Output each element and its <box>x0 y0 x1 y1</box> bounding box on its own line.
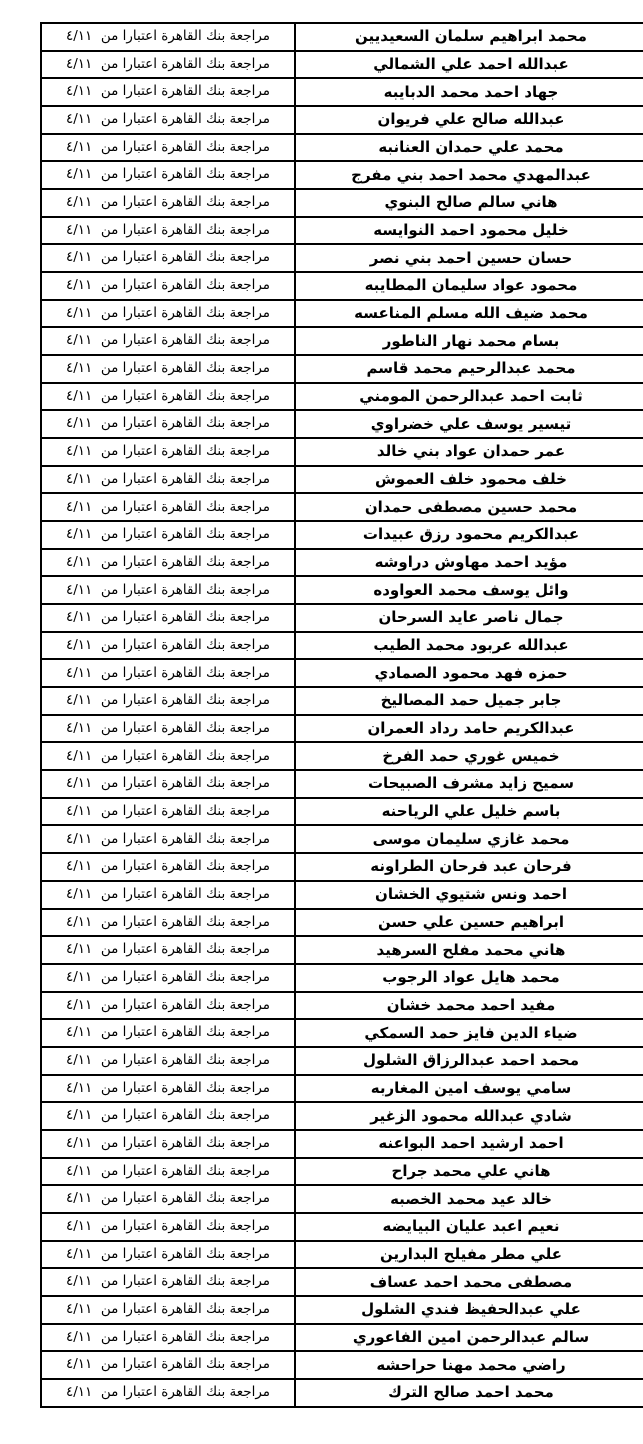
table-row: علي مطر مفيلح البدارينمراجعة بنك القاهرة… <box>41 1241 643 1269</box>
review-note-cell: مراجعة بنك القاهرة اعتبارا من ٤/١١ <box>41 1158 295 1186</box>
table-row: وائل يوسف محمد العواودهمراجعة بنك القاهر… <box>41 576 643 604</box>
review-note-cell: مراجعة بنك القاهرة اعتبارا من ٤/١١ <box>41 715 295 743</box>
review-note-cell: مراجعة بنك القاهرة اعتبارا من ٤/١١ <box>41 604 295 632</box>
table-row: محمد غازي سليمان موسىمراجعة بنك القاهرة … <box>41 825 643 853</box>
table-row: ابراهيم حسين علي حسنمراجعة بنك القاهرة ا… <box>41 909 643 937</box>
table-row: جمال ناصر عايد السرحانمراجعة بنك القاهرة… <box>41 604 643 632</box>
table-row: شادي عبدالله محمود الزغيرمراجعة بنك القا… <box>41 1102 643 1130</box>
table-row: احمد ارشيد احمد البواعنهمراجعة بنك القاه… <box>41 1130 643 1158</box>
person-name-cell: عمر حمدان عواد بني خالد <box>295 438 643 466</box>
person-name-cell: محمود عواد سليمان المطايبه <box>295 272 643 300</box>
person-name-cell: محمد احمد صالح الترك <box>295 1379 643 1407</box>
table-row: راضي محمد مهنا حراحشهمراجعة بنك القاهرة … <box>41 1351 643 1379</box>
person-name-cell: حسان حسين احمد بني نصر <box>295 244 643 272</box>
person-name-cell: محمد هايل عواد الرجوب <box>295 964 643 992</box>
person-name-cell: جمال ناصر عايد السرحان <box>295 604 643 632</box>
review-note-cell: مراجعة بنك القاهرة اعتبارا من ٤/١١ <box>41 632 295 660</box>
review-note-cell: مراجعة بنك القاهرة اعتبارا من ٤/١١ <box>41 1324 295 1352</box>
review-note-cell: مراجعة بنك القاهرة اعتبارا من ٤/١١ <box>41 770 295 798</box>
person-name-cell: عبدالكريم حامد رداد العمران <box>295 715 643 743</box>
person-name-cell: احمد ونس شتيوي الخشان <box>295 881 643 909</box>
table-row: جهاد احمد محمد الدبايبهمراجعة بنك القاهر… <box>41 78 643 106</box>
table-row: محمد هايل عواد الرجوبمراجعة بنك القاهرة … <box>41 964 643 992</box>
table-row: عبدالمهدي محمد احمد بني مفرجمراجعة بنك ا… <box>41 161 643 189</box>
table-row: علي عبدالحفيظ فندي الشلولمراجعة بنك القا… <box>41 1296 643 1324</box>
review-note-cell: مراجعة بنك القاهرة اعتبارا من ٤/١١ <box>41 798 295 826</box>
review-note-cell: مراجعة بنك القاهرة اعتبارا من ٤/١١ <box>41 1019 295 1047</box>
table-row: ثابت احمد عبدالرحمن المومنيمراجعة بنك ال… <box>41 383 643 411</box>
table-row: محمد احمد عبدالرزاق الشلولمراجعة بنك الق… <box>41 1047 643 1075</box>
table-row: هاني علي محمد جراحمراجعة بنك القاهرة اعت… <box>41 1158 643 1186</box>
person-name-cell: علي مطر مفيلح البدارين <box>295 1241 643 1269</box>
table-row: سامي يوسف امين المغاربهمراجعة بنك القاهر… <box>41 1075 643 1103</box>
review-note-cell: مراجعة بنك القاهرة اعتبارا من ٤/١١ <box>41 493 295 521</box>
review-note-cell: مراجعة بنك القاهرة اعتبارا من ٤/١١ <box>41 383 295 411</box>
person-name-cell: عبدالمهدي محمد احمد بني مفرج <box>295 161 643 189</box>
review-note-cell: مراجعة بنك القاهرة اعتبارا من ٤/١١ <box>41 909 295 937</box>
review-note-cell: مراجعة بنك القاهرة اعتبارا من ٤/١١ <box>41 134 295 162</box>
review-note-cell: مراجعة بنك القاهرة اعتبارا من ٤/١١ <box>41 410 295 438</box>
table-row: خالد عيد محمد الخصبهمراجعة بنك القاهرة ا… <box>41 1185 643 1213</box>
review-note-cell: مراجعة بنك القاهرة اعتبارا من ٤/١١ <box>41 106 295 134</box>
roster-table-body: محمد ابراهيم سلمان السعيديينمراجعة بنك ا… <box>41 23 643 1407</box>
review-note-cell: مراجعة بنك القاهرة اعتبارا من ٤/١١ <box>41 1075 295 1103</box>
table-row: عبدالله صالح علي فريوانمراجعة بنك القاهر… <box>41 106 643 134</box>
person-name-cell: راضي محمد مهنا حراحشه <box>295 1351 643 1379</box>
table-row: عمر حمدان عواد بني خالدمراجعة بنك القاهر… <box>41 438 643 466</box>
table-row: خليل محمود احمد النوايسهمراجعة بنك القاه… <box>41 217 643 245</box>
review-note-cell: مراجعة بنك القاهرة اعتبارا من ٤/١١ <box>41 742 295 770</box>
person-name-cell: محمد علي حمدان العنانبه <box>295 134 643 162</box>
table-row: بسام محمد نهار الناطورمراجعة بنك القاهرة… <box>41 327 643 355</box>
person-name-cell: شادي عبدالله محمود الزغير <box>295 1102 643 1130</box>
review-note-cell: مراجعة بنك القاهرة اعتبارا من ٤/١١ <box>41 1241 295 1269</box>
person-name-cell: بسام محمد نهار الناطور <box>295 327 643 355</box>
table-row: هاني محمد مفلح السرهيدمراجعة بنك القاهرة… <box>41 936 643 964</box>
person-name-cell: وائل يوسف محمد العواوده <box>295 576 643 604</box>
person-name-cell: فرحان عبد فرحان الطراونه <box>295 853 643 881</box>
table-row: نعيم اعبد عليان البيايضهمراجعة بنك القاه… <box>41 1213 643 1241</box>
review-note-cell: مراجعة بنك القاهرة اعتبارا من ٤/١١ <box>41 438 295 466</box>
table-row: فرحان عبد فرحان الطراونهمراجعة بنك القاه… <box>41 853 643 881</box>
person-name-cell: هاني سالم صالح البنوي <box>295 189 643 217</box>
person-name-cell: خلف محمود خلف العموش <box>295 466 643 494</box>
table-row: حسان حسين احمد بني نصرمراجعة بنك القاهرة… <box>41 244 643 272</box>
table-row: حمزه فهد محمود الصماديمراجعة بنك القاهرة… <box>41 659 643 687</box>
review-note-cell: مراجعة بنك القاهرة اعتبارا من ٤/١١ <box>41 1351 295 1379</box>
person-name-cell: محمد احمد عبدالرزاق الشلول <box>295 1047 643 1075</box>
review-note-cell: مراجعة بنك القاهرة اعتبارا من ٤/١١ <box>41 576 295 604</box>
table-row: خلف محمود خلف العموشمراجعة بنك القاهرة ا… <box>41 466 643 494</box>
table-row: احمد ونس شتيوي الخشانمراجعة بنك القاهرة … <box>41 881 643 909</box>
review-note-cell: مراجعة بنك القاهرة اعتبارا من ٤/١١ <box>41 78 295 106</box>
table-row: محمد حسين مصطفى حمدانمراجعة بنك القاهرة … <box>41 493 643 521</box>
person-name-cell: عبدالله صالح علي فريوان <box>295 106 643 134</box>
person-name-cell: مؤيد احمد مهاوش دراوشه <box>295 549 643 577</box>
person-name-cell: محمد عبدالرحيم محمد قاسم <box>295 355 643 383</box>
review-note-cell: مراجعة بنك القاهرة اعتبارا من ٤/١١ <box>41 1130 295 1158</box>
review-note-cell: مراجعة بنك القاهرة اعتبارا من ٤/١١ <box>41 659 295 687</box>
table-row: عبدالكريم محمود رزق عبيداتمراجعة بنك الق… <box>41 521 643 549</box>
table-row: عبدالكريم حامد رداد العمرانمراجعة بنك ال… <box>41 715 643 743</box>
table-row: محمود عواد سليمان المطايبهمراجعة بنك الق… <box>41 272 643 300</box>
table-row: خميس غوري حمد الفرخمراجعة بنك القاهرة اع… <box>41 742 643 770</box>
review-note-cell: مراجعة بنك القاهرة اعتبارا من ٤/١١ <box>41 244 295 272</box>
review-note-cell: مراجعة بنك القاهرة اعتبارا من ٤/١١ <box>41 964 295 992</box>
table-row: هاني سالم صالح البنويمراجعة بنك القاهرة … <box>41 189 643 217</box>
table-row: محمد عبدالرحيم محمد قاسممراجعة بنك القاه… <box>41 355 643 383</box>
review-note-cell: مراجعة بنك القاهرة اعتبارا من ٤/١١ <box>41 1268 295 1296</box>
review-note-cell: مراجعة بنك القاهرة اعتبارا من ٤/١١ <box>41 161 295 189</box>
table-row: محمد ضيف الله مسلم المناعسهمراجعة بنك ال… <box>41 300 643 328</box>
review-note-cell: مراجعة بنك القاهرة اعتبارا من ٤/١١ <box>41 1047 295 1075</box>
person-name-cell: تيسير يوسف علي خضراوي <box>295 410 643 438</box>
review-note-cell: مراجعة بنك القاهرة اعتبارا من ٤/١١ <box>41 327 295 355</box>
person-name-cell: مصطفى محمد احمد عساف <box>295 1268 643 1296</box>
review-note-cell: مراجعة بنك القاهرة اعتبارا من ٤/١١ <box>41 1379 295 1407</box>
review-note-cell: مراجعة بنك القاهرة اعتبارا من ٤/١١ <box>41 466 295 494</box>
review-note-cell: مراجعة بنك القاهرة اعتبارا من ٤/١١ <box>41 1185 295 1213</box>
review-note-cell: مراجعة بنك القاهرة اعتبارا من ٤/١١ <box>41 881 295 909</box>
person-name-cell: خليل محمود احمد النوايسه <box>295 217 643 245</box>
person-name-cell: سامي يوسف امين المغاربه <box>295 1075 643 1103</box>
person-name-cell: محمد غازي سليمان موسى <box>295 825 643 853</box>
table-row: سالم عبدالرحمن امين الفاعوريمراجعة بنك ا… <box>41 1324 643 1352</box>
person-name-cell: خالد عيد محمد الخصبه <box>295 1185 643 1213</box>
roster-table: محمد ابراهيم سلمان السعيديينمراجعة بنك ا… <box>40 22 643 1408</box>
review-note-cell: مراجعة بنك القاهرة اعتبارا من ٤/١١ <box>41 1296 295 1324</box>
review-note-cell: مراجعة بنك القاهرة اعتبارا من ٤/١١ <box>41 189 295 217</box>
review-note-cell: مراجعة بنك القاهرة اعتبارا من ٤/١١ <box>41 853 295 881</box>
person-name-cell: عبدالله احمد علي الشمالي <box>295 51 643 79</box>
person-name-cell: حمزه فهد محمود الصمادي <box>295 659 643 687</box>
review-note-cell: مراجعة بنك القاهرة اعتبارا من ٤/١١ <box>41 936 295 964</box>
review-note-cell: مراجعة بنك القاهرة اعتبارا من ٤/١١ <box>41 217 295 245</box>
table-row: مصطفى محمد احمد عسافمراجعة بنك القاهرة ا… <box>41 1268 643 1296</box>
review-note-cell: مراجعة بنك القاهرة اعتبارا من ٤/١١ <box>41 355 295 383</box>
person-name-cell: باسم خليل علي الرياحنه <box>295 798 643 826</box>
review-note-cell: مراجعة بنك القاهرة اعتبارا من ٤/١١ <box>41 992 295 1020</box>
review-note-cell: مراجعة بنك القاهرة اعتبارا من ٤/١١ <box>41 51 295 79</box>
person-name-cell: ابراهيم حسين علي حسن <box>295 909 643 937</box>
table-row: عبدالله احمد علي الشماليمراجعة بنك القاه… <box>41 51 643 79</box>
person-name-cell: هاني محمد مفلح السرهيد <box>295 936 643 964</box>
table-row: جابر جميل حمد المصاليخمراجعة بنك القاهرة… <box>41 687 643 715</box>
person-name-cell: عبدالكريم محمود رزق عبيدات <box>295 521 643 549</box>
table-row: عبدالله عربود محمد الطيبمراجعة بنك القاه… <box>41 632 643 660</box>
person-name-cell: مفيد احمد محمد خشان <box>295 992 643 1020</box>
person-name-cell: سميح زايد مشرف الصبيحات <box>295 770 643 798</box>
review-note-cell: مراجعة بنك القاهرة اعتبارا من ٤/١١ <box>41 1102 295 1130</box>
review-note-cell: مراجعة بنك القاهرة اعتبارا من ٤/١١ <box>41 272 295 300</box>
table-row: باسم خليل علي الرياحنهمراجعة بنك القاهرة… <box>41 798 643 826</box>
table-row: تيسير يوسف علي خضراويمراجعة بنك القاهرة … <box>41 410 643 438</box>
person-name-cell: ضياء الدين فايز حمد السمكي <box>295 1019 643 1047</box>
person-name-cell: محمد حسين مصطفى حمدان <box>295 493 643 521</box>
review-note-cell: مراجعة بنك القاهرة اعتبارا من ٤/١١ <box>41 300 295 328</box>
person-name-cell: محمد ابراهيم سلمان السعيديين <box>295 23 643 51</box>
person-name-cell: هاني علي محمد جراح <box>295 1158 643 1186</box>
review-note-cell: مراجعة بنك القاهرة اعتبارا من ٤/١١ <box>41 23 295 51</box>
person-name-cell: محمد ضيف الله مسلم المناعسه <box>295 300 643 328</box>
person-name-cell: عبدالله عربود محمد الطيب <box>295 632 643 660</box>
person-name-cell: سالم عبدالرحمن امين الفاعوري <box>295 1324 643 1352</box>
table-row: محمد ابراهيم سلمان السعيديينمراجعة بنك ا… <box>41 23 643 51</box>
person-name-cell: جهاد احمد محمد الدبايبه <box>295 78 643 106</box>
review-note-cell: مراجعة بنك القاهرة اعتبارا من ٤/١١ <box>41 521 295 549</box>
table-row: مؤيد احمد مهاوش دراوشهمراجعة بنك القاهرة… <box>41 549 643 577</box>
review-note-cell: مراجعة بنك القاهرة اعتبارا من ٤/١١ <box>41 1213 295 1241</box>
person-name-cell: جابر جميل حمد المصاليخ <box>295 687 643 715</box>
review-note-cell: مراجعة بنك القاهرة اعتبارا من ٤/١١ <box>41 549 295 577</box>
table-row: ضياء الدين فايز حمد السمكيمراجعة بنك الق… <box>41 1019 643 1047</box>
table-row: محمد علي حمدان العنانبهمراجعة بنك القاهر… <box>41 134 643 162</box>
person-name-cell: احمد ارشيد احمد البواعنه <box>295 1130 643 1158</box>
table-row: سميح زايد مشرف الصبيحاتمراجعة بنك القاهر… <box>41 770 643 798</box>
person-name-cell: خميس غوري حمد الفرخ <box>295 742 643 770</box>
table-row: محمد احمد صالح التركمراجعة بنك القاهرة ا… <box>41 1379 643 1407</box>
review-note-cell: مراجعة بنك القاهرة اعتبارا من ٤/١١ <box>41 825 295 853</box>
person-name-cell: ثابت احمد عبدالرحمن المومني <box>295 383 643 411</box>
table-row: مفيد احمد محمد خشانمراجعة بنك القاهرة اع… <box>41 992 643 1020</box>
page: محمد ابراهيم سلمان السعيديينمراجعة بنك ا… <box>0 0 643 1444</box>
person-name-cell: علي عبدالحفيظ فندي الشلول <box>295 1296 643 1324</box>
review-note-cell: مراجعة بنك القاهرة اعتبارا من ٤/١١ <box>41 687 295 715</box>
person-name-cell: نعيم اعبد عليان البيايضه <box>295 1213 643 1241</box>
